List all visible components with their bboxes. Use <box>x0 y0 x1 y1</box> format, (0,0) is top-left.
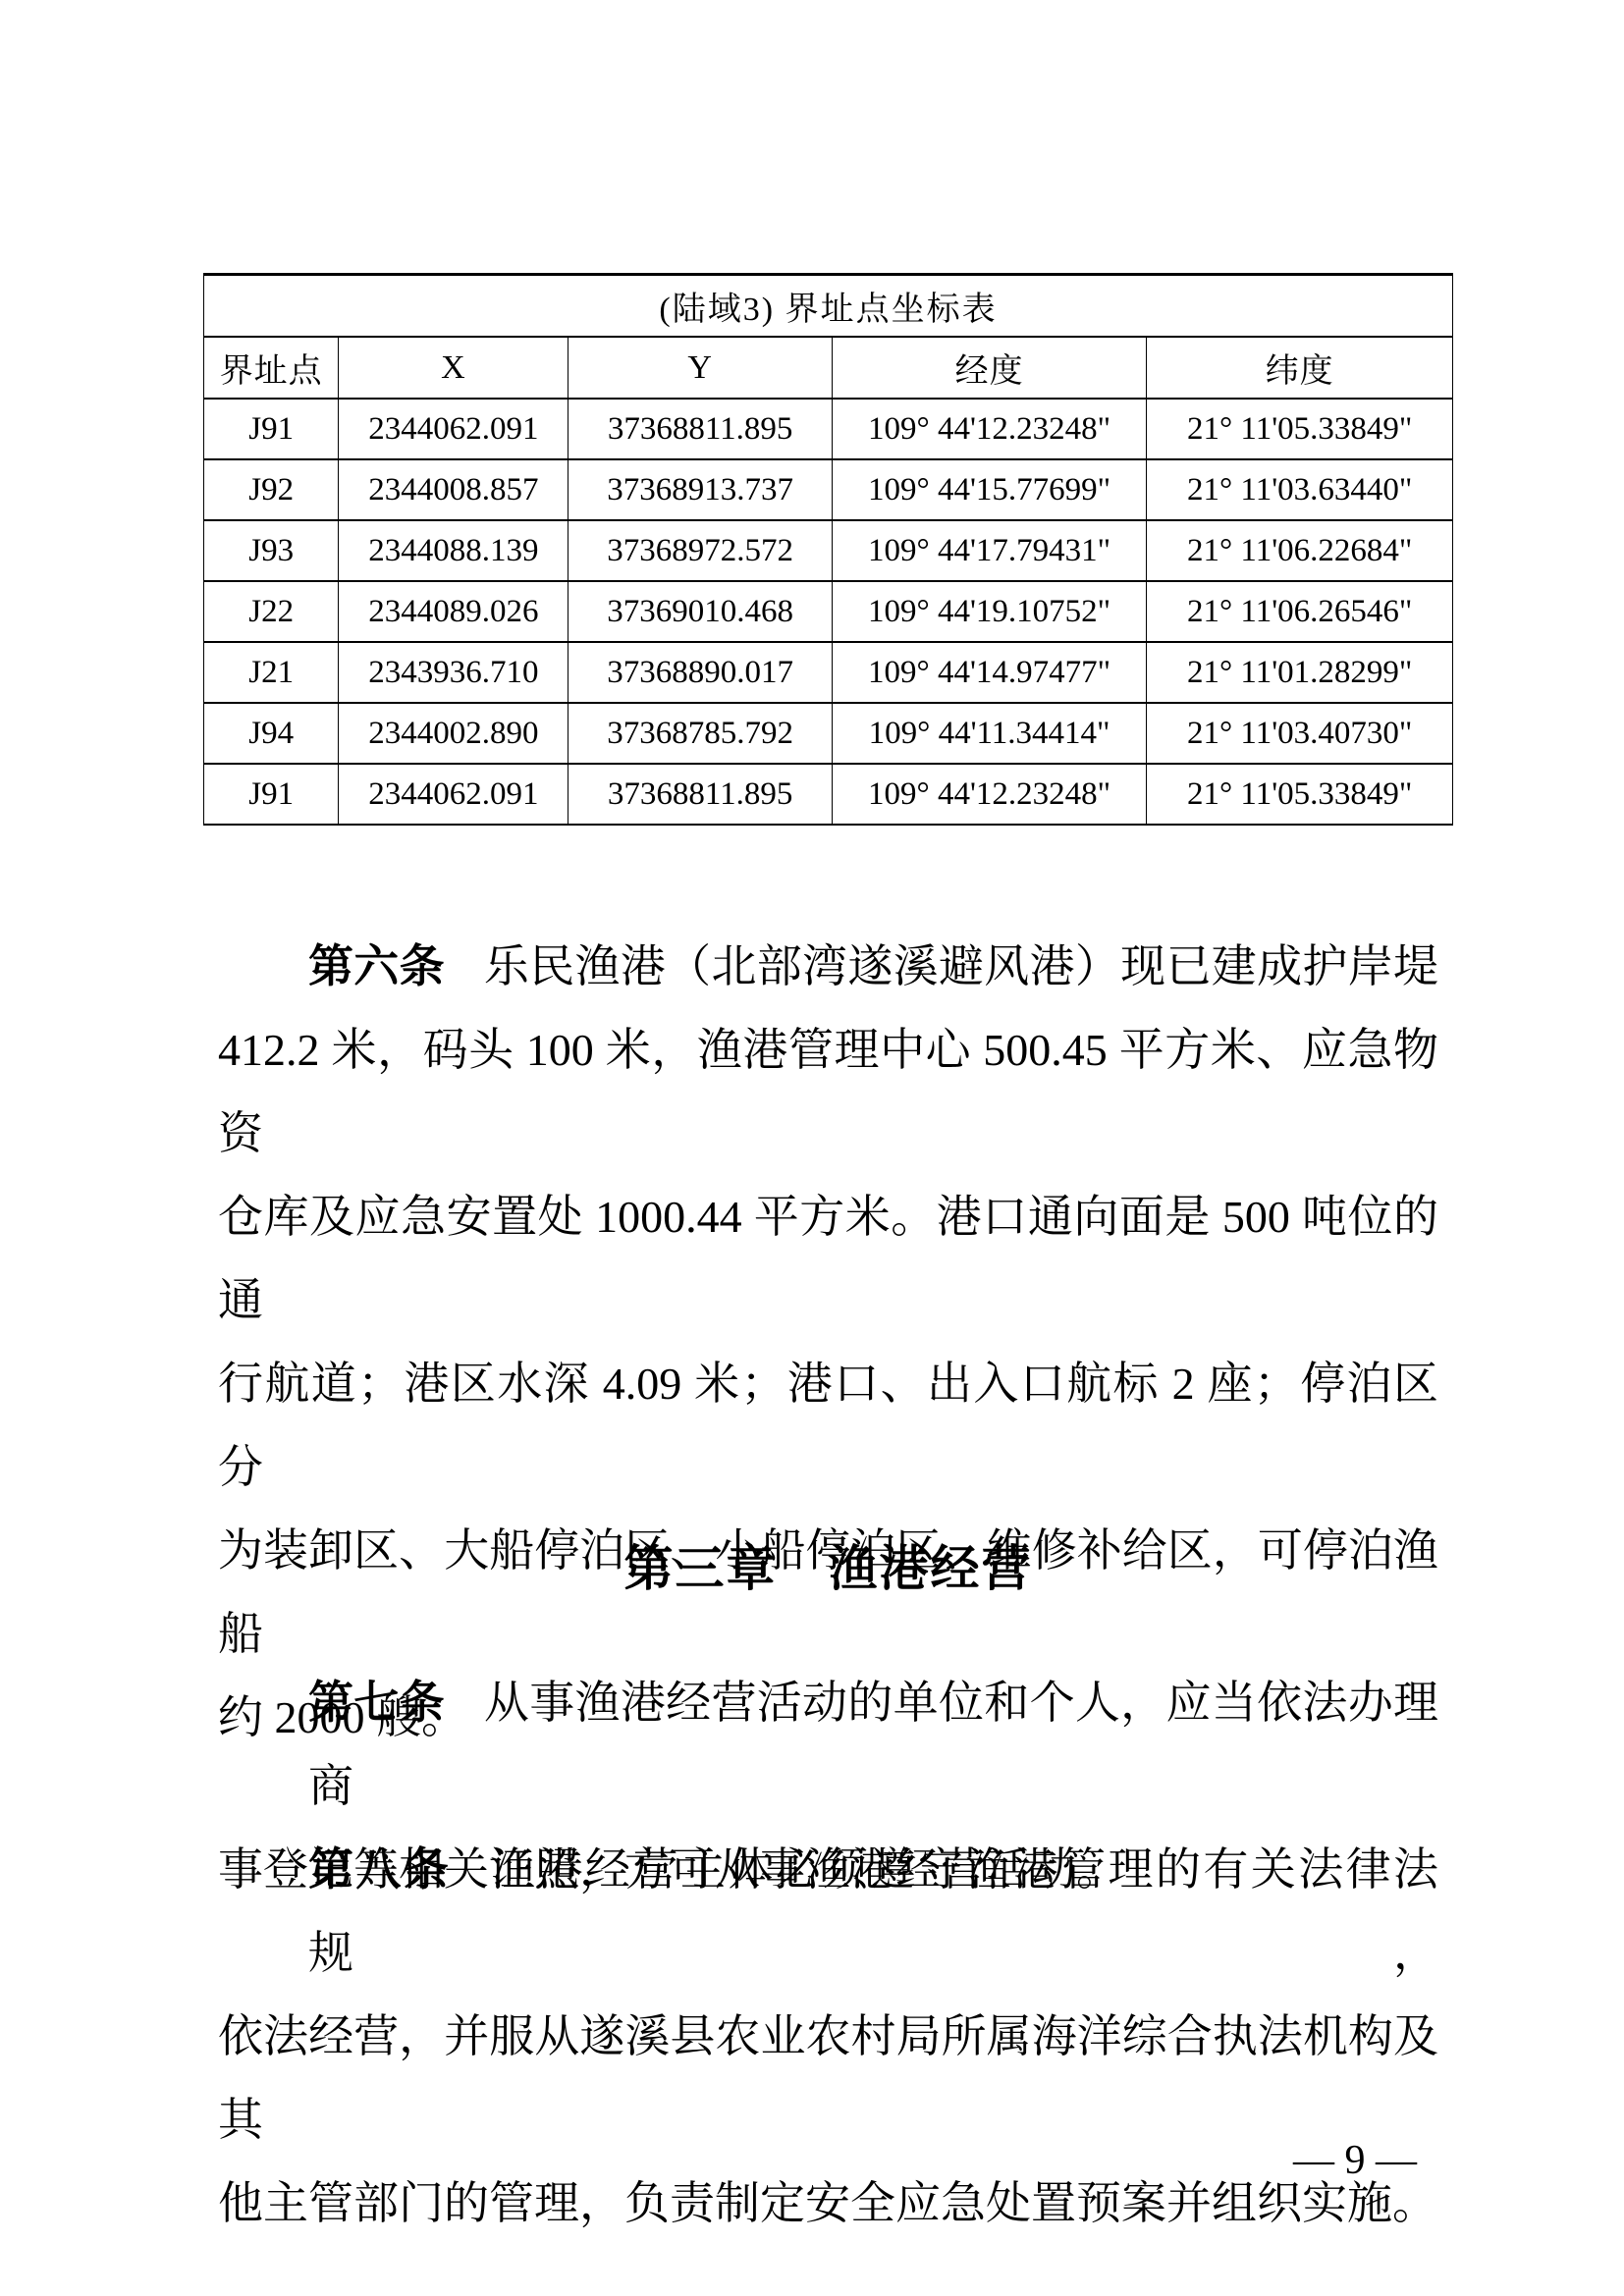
article-6-text: 乐民渔港（北部湾遂溪避风港）现已建成护岸堤 <box>484 941 1438 991</box>
document-page: (陆域3) 界址点坐标表 界址点 X Y 经度 纬度 J91 2344062.0… <box>0 0 1624 2296</box>
article-6-label: 第六条 <box>308 940 445 991</box>
cell-longitude: 109° 44'14.97477" <box>832 642 1147 703</box>
cell-latitude: 21° 11'01.28299" <box>1147 642 1453 703</box>
article-6-line: 412.2 米，码头 100 米，渔港管理中心 500.45 平方米、应急物资 <box>218 1008 1438 1175</box>
article-8-line: 依法经营，并服从遂溪县农业农村局所属海洋综合执法机构及其 <box>218 1995 1438 2162</box>
col-header-x: X <box>339 337 568 399</box>
article-7-text: 从事渔港经营活动的单位和个人，应当依法办理商 <box>308 1678 1438 1811</box>
cell-point-id: J21 <box>204 642 339 703</box>
cell-latitude: 21° 11'03.40730" <box>1147 703 1453 764</box>
table-row: J92 2344008.857 37368913.737 109° 44'15.… <box>204 459 1453 520</box>
cell-longitude: 109° 44'12.23248" <box>832 764 1147 825</box>
article-8-label: 第八条 <box>308 1843 451 1895</box>
cell-y: 37368811.895 <box>568 399 832 459</box>
cell-latitude: 21° 11'05.33849" <box>1147 399 1453 459</box>
article-6-line: 仓库及应急安置处 1000.44 平方米。港口通向面是 500 吨位的通 <box>218 1175 1438 1342</box>
article-7-label: 第七条 <box>308 1677 445 1728</box>
table-row: J91 2344062.091 37368811.895 109° 44'12.… <box>204 764 1453 825</box>
cell-latitude: 21° 11'06.26546" <box>1147 581 1453 642</box>
cell-x: 2344062.091 <box>339 764 568 825</box>
cell-point-id: J22 <box>204 581 339 642</box>
cell-x: 2344002.890 <box>339 703 568 764</box>
chapter-3-heading: 第三章 渔港经营 <box>218 1527 1438 1611</box>
cell-longitude: 109° 44'11.34414" <box>832 703 1147 764</box>
table-header-row: 界址点 X Y 经度 纬度 <box>204 337 1453 399</box>
cell-longitude: 109° 44'19.10752" <box>832 581 1147 642</box>
cell-x: 2344088.139 <box>339 520 568 581</box>
cell-y: 37368890.017 <box>568 642 832 703</box>
col-header-longitude: 经度 <box>832 337 1147 399</box>
cell-point-id: J91 <box>204 764 339 825</box>
cell-y: 37368785.792 <box>568 703 832 764</box>
article-8-paragraph: 第八条渔港经营主体必须遵守渔港管理的有关法律法规， 依法经营，并服从遂溪县农业农… <box>218 1828 1438 2245</box>
table-title: (陆域3) 界址点坐标表 <box>204 275 1453 338</box>
cell-y: 37369010.468 <box>568 581 832 642</box>
cell-latitude: 21° 11'05.33849" <box>1147 764 1453 825</box>
cell-longitude: 109° 44'17.79431" <box>832 520 1147 581</box>
table-row: J91 2344062.091 37368811.895 109° 44'12.… <box>204 399 1453 459</box>
table-row: J94 2344002.890 37368785.792 109° 44'11.… <box>204 703 1453 764</box>
cell-point-id: J94 <box>204 703 339 764</box>
cell-longitude: 109° 44'12.23248" <box>832 399 1147 459</box>
cell-y: 37368913.737 <box>568 459 832 520</box>
cell-latitude: 21° 11'06.22684" <box>1147 520 1453 581</box>
cell-y: 37368811.895 <box>568 764 832 825</box>
table-row: J22 2344089.026 37369010.468 109° 44'19.… <box>204 581 1453 642</box>
article-6-first-line: 第六条乐民渔港（北部湾遂溪避风港）现已建成护岸堤 <box>218 925 1438 1008</box>
cell-x: 2343936.710 <box>339 642 568 703</box>
col-header-y: Y <box>568 337 832 399</box>
article-6-paragraph: 第六条乐民渔港（北部湾遂溪避风港）现已建成护岸堤 412.2 米，码头 100 … <box>218 925 1438 1759</box>
article-8-line: 他主管部门的管理，负责制定安全应急处置预案并组织实施。 <box>218 2162 1438 2245</box>
cell-x: 2344062.091 <box>339 399 568 459</box>
cell-point-id: J93 <box>204 520 339 581</box>
cell-latitude: 21° 11'03.63440" <box>1147 459 1453 520</box>
cell-point-id: J91 <box>204 399 339 459</box>
table-row: J93 2344088.139 37368972.572 109° 44'17.… <box>204 520 1453 581</box>
article-6-line: 行航道；港区水深 4.09 米；港口、出入口航标 2 座；停泊区分 <box>218 1342 1438 1509</box>
col-header-latitude: 纬度 <box>1147 337 1453 399</box>
cell-x: 2344008.857 <box>339 459 568 520</box>
cell-x: 2344089.026 <box>339 581 568 642</box>
table-row: J21 2343936.710 37368890.017 109° 44'14.… <box>204 642 1453 703</box>
col-header-point: 界址点 <box>204 337 339 399</box>
article-8-text: 渔港经营主体必须遵守渔港管理的有关法律法规， <box>308 1844 1438 1978</box>
cell-y: 37368972.572 <box>568 520 832 581</box>
cell-longitude: 109° 44'15.77699" <box>832 459 1147 520</box>
page-number: — 9 — <box>1272 2140 1438 2181</box>
article-8-first-line: 第八条渔港经营主体必须遵守渔港管理的有关法律法规， <box>218 1828 1438 1995</box>
cell-point-id: J92 <box>204 459 339 520</box>
table-title-row: (陆域3) 界址点坐标表 <box>204 275 1453 338</box>
boundary-coordinates-table: (陆域3) 界址点坐标表 界址点 X Y 经度 纬度 J91 2344062.0… <box>203 273 1453 826</box>
article-7-first-line: 第七条从事渔港经营活动的单位和个人，应当依法办理商 <box>218 1661 1438 1828</box>
